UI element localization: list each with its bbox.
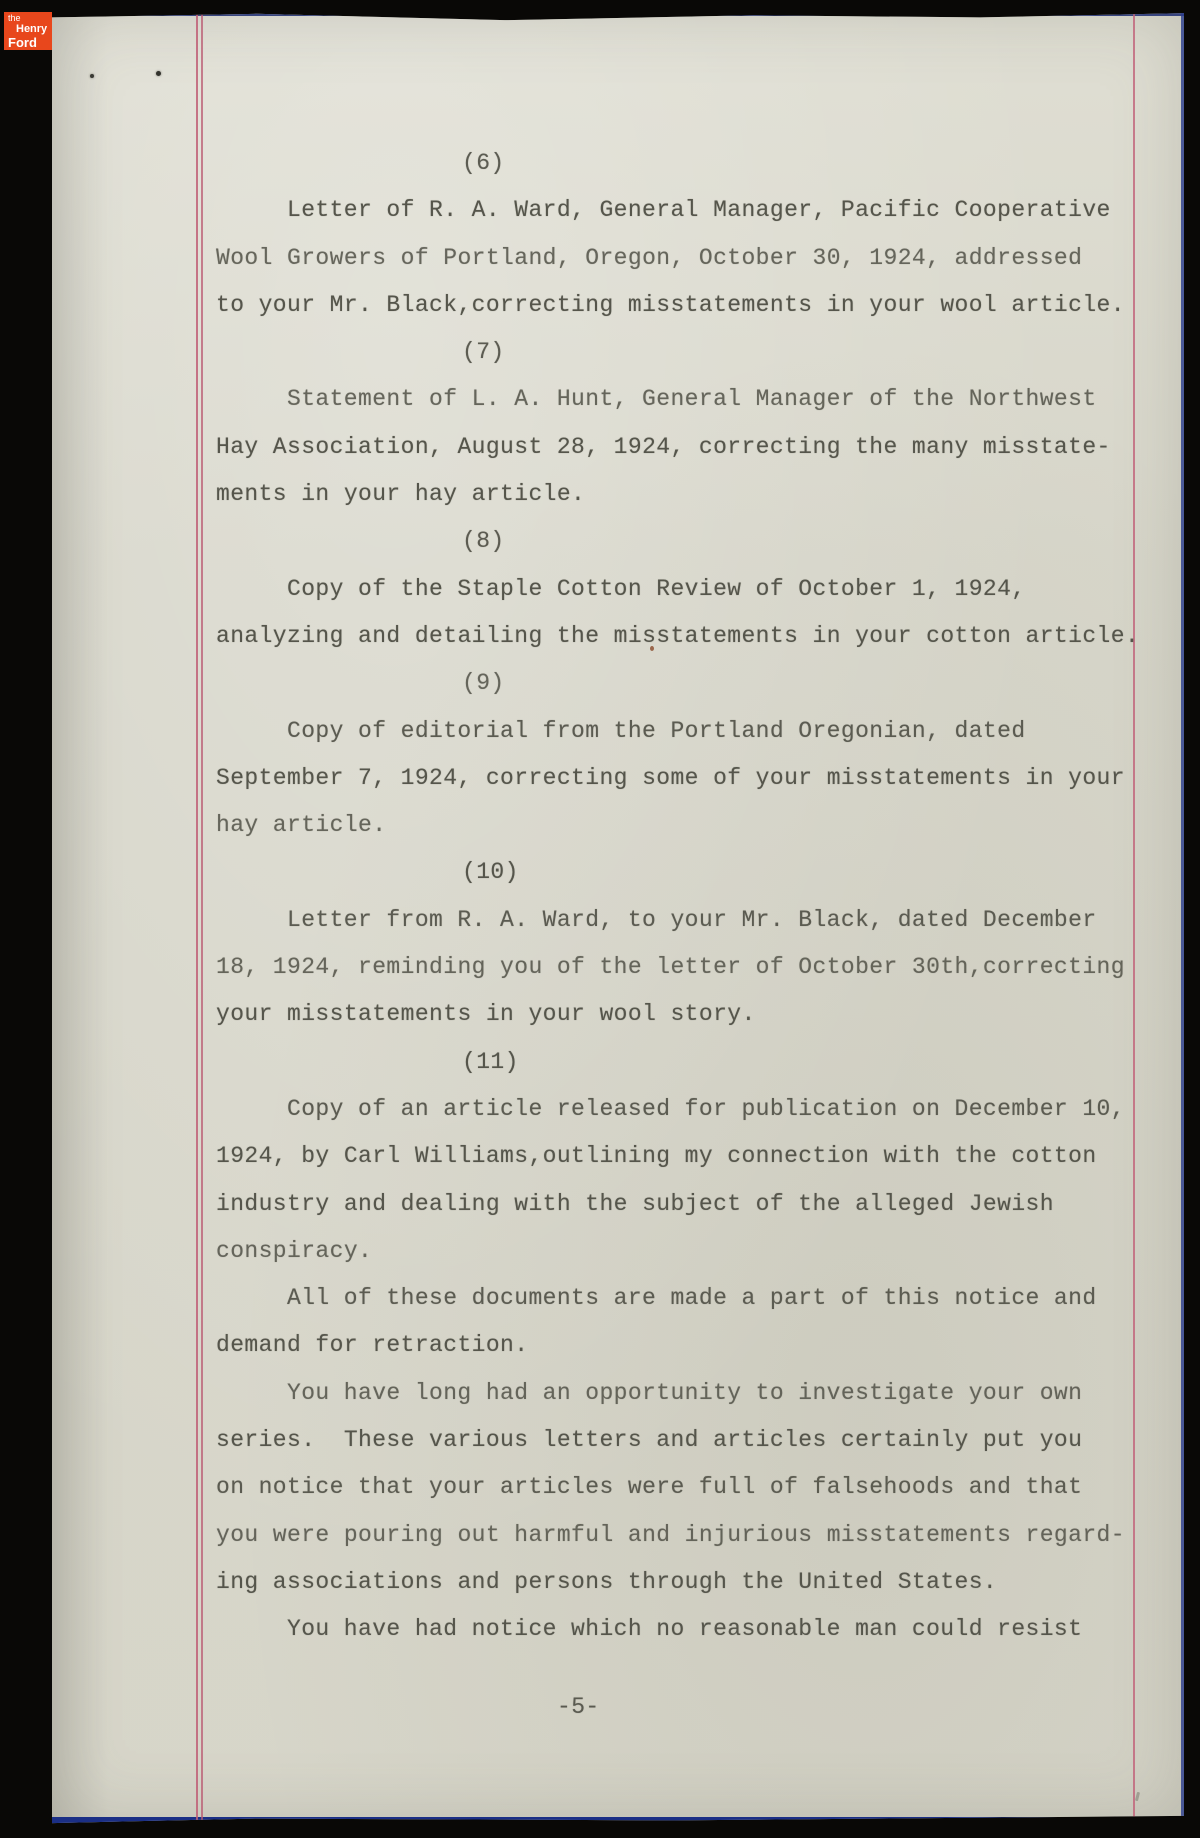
page-number: -5- (557, 1684, 600, 1731)
scanned-document-page: { "source_logo": { "the": "the", "word1"… (0, 0, 1200, 1838)
document-lines: (6)Letter of R. A. Ward, General Manager… (216, 140, 1146, 1654)
text-line: ments in your hay article. (216, 471, 1146, 518)
text-line: Letter from R. A. Ward, to your Mr. Blac… (216, 897, 1146, 944)
section-number: (9) (216, 660, 1146, 707)
text-line: You have long had an opportunity to inve… (216, 1370, 1146, 1417)
henry-ford-logo: the Henry Ford (4, 12, 52, 50)
pencil-mark (1135, 1792, 1140, 1801)
text-line: 18, 1924, reminding you of the letter of… (216, 944, 1146, 991)
text-line: Letter of R. A. Ward, General Manager, P… (216, 187, 1146, 234)
page-top-edge (52, 12, 1184, 16)
section-number: (6) (216, 140, 1146, 187)
text-line: Copy of editorial from the Portland Oreg… (216, 708, 1146, 755)
page-right-edge (1181, 12, 1184, 1824)
page-bottom-edge (52, 1817, 1184, 1824)
text-line: You have had notice which no reasonable … (216, 1606, 1146, 1653)
text-line: Statement of L. A. Hunt, General Manager… (216, 376, 1146, 423)
paper-sheet: (6)Letter of R. A. Ward, General Manager… (52, 12, 1184, 1824)
logo-henry: Henry (16, 24, 52, 35)
text-line: All of these documents are made a part o… (216, 1275, 1146, 1322)
left-margin-rule-inner (201, 12, 203, 1824)
text-line: September 7, 1924, correcting some of yo… (216, 755, 1146, 802)
text-line: Wool Growers of Portland, Oregon, Octobe… (216, 235, 1146, 282)
left-margin-rule (196, 12, 198, 1824)
text-line: 1924, by Carl Williams,outlining my conn… (216, 1133, 1146, 1180)
section-number: (10) (216, 849, 1146, 896)
text-line: you were pouring out harmful and injurio… (216, 1512, 1146, 1559)
logo-the: the (8, 14, 52, 23)
text-line: series. These various letters and articl… (216, 1417, 1146, 1464)
text-line: hay article. (216, 802, 1146, 849)
text-line: demand for retraction. (216, 1322, 1146, 1369)
section-number: (8) (216, 518, 1146, 565)
text-line: analyzing and detailing the misstatement… (216, 613, 1146, 660)
text-line: Copy of the Staple Cotton Review of Octo… (216, 566, 1146, 613)
section-number: (11) (216, 1039, 1146, 1086)
text-line: to your Mr. Black,correcting misstatemen… (216, 282, 1146, 329)
section-number: (7) (216, 329, 1146, 376)
text-line: Copy of an article released for publicat… (216, 1086, 1146, 1133)
logo-ford: Ford (8, 36, 52, 49)
ink-speck (90, 74, 94, 78)
text-line: Hay Association, August 28, 1924, correc… (216, 424, 1146, 471)
ink-speck (156, 71, 161, 76)
text-line: on notice that your articles were full o… (216, 1464, 1146, 1511)
text-line: conspiracy. (216, 1228, 1146, 1275)
text-line: your misstatements in your wool story. (216, 991, 1146, 1038)
text-line: industry and dealing with the subject of… (216, 1181, 1146, 1228)
text-line: ing associations and persons through the… (216, 1559, 1146, 1606)
